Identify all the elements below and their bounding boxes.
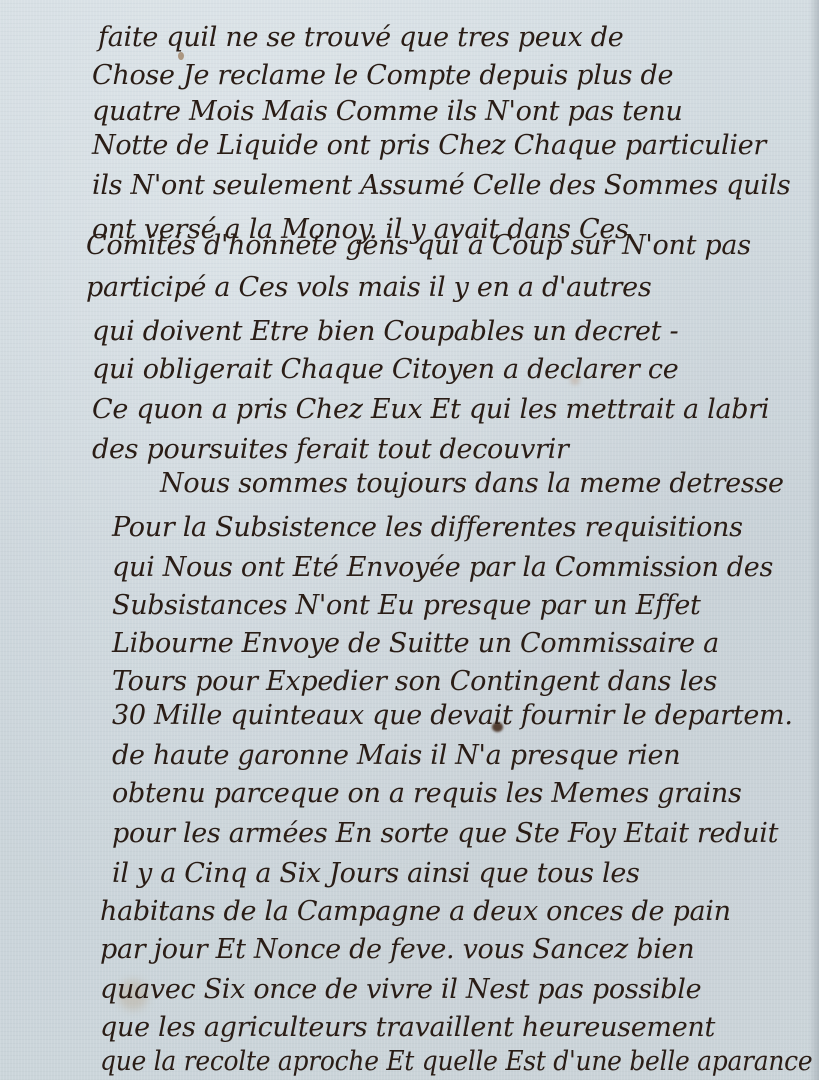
- handwritten-line: quavec Six once de vivre il Nest pas pos…: [100, 974, 701, 1005]
- handwritten-line: Ce quon a pris Chez Eux Et qui les mettr…: [92, 394, 769, 425]
- handwritten-line: participé a Ces vols mais il y en a d'au…: [86, 272, 651, 303]
- handwritten-line: Chose Je reclame le Compte depuis plus d…: [92, 60, 673, 91]
- ink-stain: [178, 52, 184, 60]
- handwritten-line: par jour Et Nonce de feve. vous Sancez b…: [100, 934, 694, 965]
- handwritten-line: qui doivent Etre bien Coupables un decre…: [92, 316, 678, 347]
- handwritten-line: Subsistances N'ont Eu presque par un Eff…: [112, 590, 701, 621]
- handwritten-line: habitans de la Campagne a deux onces de …: [100, 896, 731, 927]
- handwritten-line: faite quil ne se trouvé que tres peux de: [98, 22, 738, 53]
- handwritten-line: il y a Cinq a Six Jours ainsi que tous l…: [112, 858, 640, 889]
- handwritten-line: ils N'ont seulement Assumé Celle des Som…: [92, 170, 790, 201]
- handwritten-line: de haute garonne Mais il N'a presque rie…: [112, 740, 680, 771]
- handwritten-line: Tours pour Expedier son Contingent dans …: [112, 666, 717, 697]
- handwritten-line: obtenu parceque on a requis les Memes gr…: [112, 778, 742, 809]
- handwritten-line: que les agriculteurs travaillent heureus…: [100, 1012, 715, 1043]
- handwritten-line: Notte de Liquide ont pris Chez Chaque pa…: [92, 130, 766, 161]
- handwritten-line: Pour la Subsistence les differentes requ…: [112, 512, 743, 543]
- handwritten-line: 30 Mille quinteaux que devait fournir le…: [112, 700, 793, 731]
- handwritten-line: Libourne Envoye de Suitte un Commissaire…: [112, 628, 719, 659]
- handwritten-line: Nous sommes toujours dans la meme detres…: [160, 468, 784, 499]
- handwritten-line: qui Nous ont Eté Envoyée par la Commissi…: [112, 552, 773, 583]
- manuscript-page: faite quil ne se trouvé que tres peux de…: [0, 0, 819, 1080]
- handwritten-line: Comités d'honnete gens qui a Coup sur N'…: [86, 230, 751, 261]
- handwritten-line: quatre Mois Mais Comme ils N'ont pas ten…: [92, 96, 683, 127]
- handwritten-line: que la recolte aproche Et quelle Est d'u…: [100, 1046, 812, 1077]
- handwritten-line: pour les armées En sorte que Ste Foy Eta…: [112, 818, 778, 849]
- handwritten-line: qui obligerait Chaque Citoyen a declarer…: [92, 354, 678, 385]
- handwritten-line: des poursuites ferait tout decouvrir: [92, 434, 569, 465]
- paper-edge: [809, 0, 819, 1080]
